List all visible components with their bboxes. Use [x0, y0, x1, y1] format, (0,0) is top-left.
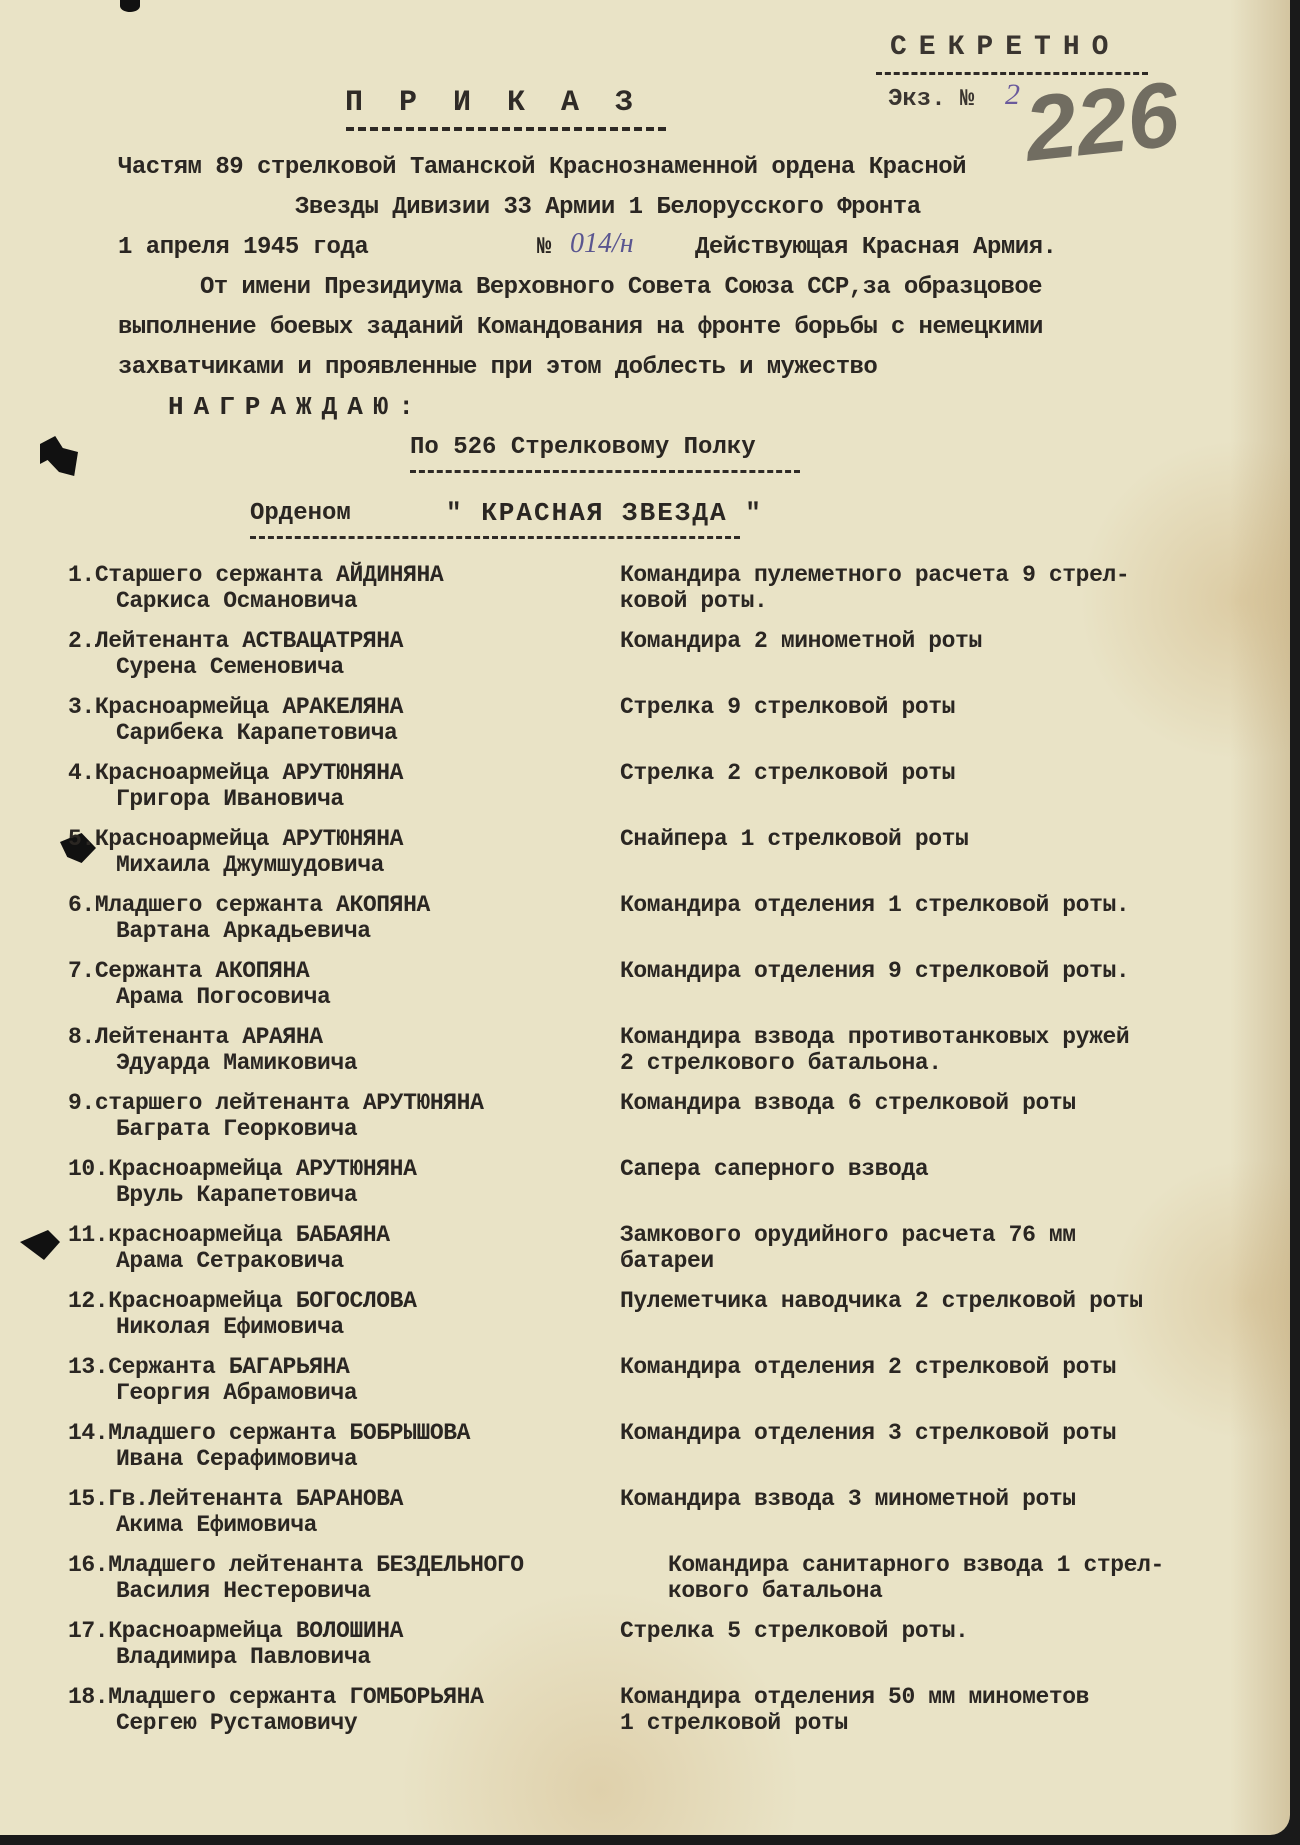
awardee-name-block: 9.старшего лейтенанта АРУТЮНЯНАБаграта Г… [68, 1090, 628, 1142]
awardee-position: Командира взвода 6 стрелковой роты [620, 1090, 1260, 1116]
awardee-rank-surname: Лейтенанта АСТВАЦАТРЯНА [95, 628, 403, 654]
awardee-name-block: 14.Младшего сержанта БОБРЫШОВАИвана Сера… [68, 1420, 628, 1472]
awardee-position: Командира 2 минометной роты [620, 628, 1260, 654]
awardee-given-names: Эдуарда Мамиковича [68, 1050, 628, 1076]
classification-stamp: СЕКРЕТНО [890, 32, 1120, 63]
awardee-rank-surname: Младшего сержанта ГОМБОРЬЯНА [108, 1684, 483, 1710]
awardee-position-line: Командира отделения 50 мм минометов [620, 1684, 1260, 1710]
awardee-position-line: Стрелка 5 стрелковой роты. [620, 1618, 1260, 1644]
awardee-given-names: Григора Ивановича [68, 786, 628, 812]
addressee-line-1: Частям 89 стрелковой Таманской Краснозна… [118, 154, 966, 181]
awardee-given-names: Ивана Серафимовича [68, 1446, 628, 1472]
awardee-position: Сапера саперного взвода [620, 1156, 1260, 1182]
awardee-position: Командира взвода 3 минометной роты [620, 1486, 1260, 1512]
awardee-name-block: 13.Сержанта БАГАРЬЯНАГеоргия Абрамовича [68, 1354, 628, 1406]
preamble-line-3: захватчиками и проявленные при этом добл… [118, 354, 877, 381]
awardee-position-line: Командира пулеметного расчета 9 стрел- [620, 562, 1260, 588]
awardee-position-line: Сапера саперного взвода [620, 1156, 1260, 1182]
awardee-rank-surname: Старшего сержанта АЙДИНЯНА [95, 562, 443, 588]
regiment-underline [410, 470, 800, 473]
awardee-position-line: Снайпера 1 стрелковой роты [620, 826, 1260, 852]
awardee-position-line: Командира отделения 2 стрелковой роты [620, 1354, 1260, 1380]
awardee-position-line: кового батальона [668, 1578, 1300, 1604]
awardee-name-block: 2.Лейтенанта АСТВАЦАТРЯНАСурена Семенови… [68, 628, 628, 680]
awardee-given-names: Владимира Павловича [68, 1644, 628, 1670]
awardee-position-line: Командира санитарного взвода 1 стрел- [668, 1552, 1300, 1578]
awardee-rank-surname: Сержанта БАГАРЬЯНА [108, 1354, 349, 1380]
awardee-name-block: 16.Младшего лейтенанта БЕЗДЕЛЬНОГОВасили… [68, 1552, 628, 1604]
awardee-position: Командира пулеметного расчета 9 стрел-ко… [620, 562, 1260, 614]
awardee-given-names: Василия Нестеровича [68, 1578, 628, 1604]
awardee-name-block: 5.Красноармейца АРУТЮНЯНАМихаила Джумшуд… [68, 826, 628, 878]
document-title: ПРИКАЗ [345, 86, 669, 120]
awardee-rank-surname: Лейтенанта АРАЯНА [95, 1024, 323, 1050]
awardee-number: 15. [68, 1486, 108, 1512]
awardee-name-block: 8.Лейтенанта АРАЯНАЭдуарда Мамиковича [68, 1024, 628, 1076]
awardee-position-line: Замкового орудийного расчета 76 мм [620, 1222, 1260, 1248]
awardee-rank-surname: старшего лейтенанта АРУТЮНЯНА [95, 1090, 484, 1116]
awardee-position-line: Командира взвода противотанковых ружей [620, 1024, 1260, 1050]
awardee-given-names: Николая Ефимовича [68, 1314, 628, 1340]
awardee-rank-surname: Красноармейца АРУТЮНЯНА [108, 1156, 416, 1182]
awardee-name-block: 7.Сержанта АКОПЯНААрама Погосовича [68, 958, 628, 1010]
awardee-rank-surname: Красноармейца АРАКЕЛЯНА [95, 694, 403, 720]
awardee-given-names: Сарибека Карапетовича [68, 720, 628, 746]
awardee-position-line: Стрелка 9 стрелковой роты [620, 694, 1260, 720]
awardee-position-line: Командира отделения 9 стрелковой роты. [620, 958, 1260, 984]
award-label: Орденом [250, 500, 351, 527]
awardee-given-names: Михаила Джумшудовича [68, 852, 628, 878]
awardee-position-line: Командира отделения 1 стрелковой роты. [620, 892, 1260, 918]
awardee-position-line: Командира отделения 3 стрелковой роты [620, 1420, 1260, 1446]
preamble-line-1: От имени Президиума Верховного Совета Со… [200, 274, 1042, 301]
awardee-name-block: 11.красноармейца БАБАЯНААрама Сетракович… [68, 1222, 628, 1274]
awardee-rank-surname: Красноармейца ВОЛОШИНА [108, 1618, 403, 1644]
awardee-position-line: 2 стрелкового батальона. [620, 1050, 1260, 1076]
awardee-rank-surname: Младшего лейтенанта БЕЗДЕЛЬНОГО [108, 1552, 523, 1578]
ink-blot [120, 0, 140, 12]
awardee-position: Командира отделения 1 стрелковой роты. [620, 892, 1260, 918]
copy-number: 2 [1005, 78, 1020, 112]
awardee-number: 4. [68, 760, 95, 786]
awardee-number: 9. [68, 1090, 95, 1116]
awardee-position: Командира отделения 3 стрелковой роты [620, 1420, 1260, 1446]
awardee-name-block: 17.Красноармейца ВОЛОШИНАВладимира Павло… [68, 1618, 628, 1670]
awardee-position-line: ковой роты. [620, 588, 1260, 614]
regiment-heading: По 526 Стрелковому Полку [410, 434, 756, 461]
awardee-number: 11. [68, 1222, 108, 1248]
awardee-rank-surname: Гв.Лейтенанта БАРАНОВА [108, 1486, 403, 1512]
awardee-given-names: Арама Погосовича [68, 984, 628, 1010]
awardee-number: 6. [68, 892, 95, 918]
awardee-position-line: Командира 2 минометной роты [620, 628, 1260, 654]
awardee-position: Командира отделения 50 мм минометов1 стр… [620, 1684, 1260, 1736]
awardee-rank-surname: Красноармейца АРУТЮНЯНА [95, 826, 403, 852]
awardee-given-names: Акима Ефимовича [68, 1512, 628, 1538]
awardee-number: 1. [68, 562, 95, 588]
awardee-number: 13. [68, 1354, 108, 1380]
awardee-number: 3. [68, 694, 95, 720]
title-underline [346, 127, 666, 131]
awardee-position: Командира отделения 2 стрелковой роты [620, 1354, 1260, 1380]
award-name: " КРАСНАЯ ЗВЕЗДА " [446, 498, 763, 528]
awardee-number: 18. [68, 1684, 108, 1710]
awardee-given-names: Сурена Семеновича [68, 654, 628, 680]
awardee-position-line: батареи [620, 1248, 1260, 1274]
awardee-name-block: 15.Гв.Лейтенанта БАРАНОВААкима Ефимовича [68, 1486, 628, 1538]
awardee-name-block: 6.Младшего сержанта АКОПЯНАВартана Аркад… [68, 892, 628, 944]
addressee-line-2: Звезды Дивизии 33 Армии 1 Белорусского Ф… [295, 194, 921, 221]
order-date: 1 апреля 1945 года [118, 234, 368, 261]
awardee-position: Замкового орудийного расчета 76 ммбатаре… [620, 1222, 1260, 1274]
awardee-given-names: Георгия Абрамовича [68, 1380, 628, 1406]
awardee-rank-surname: Красноармейца БОГОСЛОВА [108, 1288, 416, 1314]
awardee-position: Пулеметчика наводчика 2 стрелковой роты [620, 1288, 1260, 1314]
awardee-number: 2. [68, 628, 95, 654]
punch-hole [40, 436, 78, 476]
awardee-number: 14. [68, 1420, 108, 1446]
awardee-position: Стрелка 9 стрелковой роты [620, 694, 1260, 720]
order-location: Действующая Красная Армия. [695, 234, 1056, 261]
document-page: СЕКРЕТНО Экз. № 2 226 ПРИКАЗ Частям 89 с… [0, 0, 1290, 1835]
awardee-rank-surname: Сержанта АКОПЯНА [95, 958, 309, 984]
preamble-line-2: выполнение боевых заданий Командования н… [118, 314, 1043, 341]
awardee-position: Снайпера 1 стрелковой роты [620, 826, 1260, 852]
awardee-name-block: 4.Красноармейца АРУТЮНЯНАГригора Иванови… [68, 760, 628, 812]
awardee-position: Командира взвода противотанковых ружей2 … [620, 1024, 1260, 1076]
awardee-given-names: Саркиса Османовича [68, 588, 628, 614]
copy-label: Экз. № [888, 86, 974, 113]
order-number-label: № [537, 234, 551, 261]
awardee-position-line: Пулеметчика наводчика 2 стрелковой роты [620, 1288, 1260, 1314]
award-underline [250, 536, 740, 539]
awardee-rank-surname: красноармейца БАБАЯНА [108, 1222, 389, 1248]
awardee-number: 7. [68, 958, 95, 984]
awardee-number: 17. [68, 1618, 108, 1644]
archive-number: 226 [1020, 62, 1184, 182]
awardee-name-block: 12.Красноармейца БОГОСЛОВАНиколая Ефимов… [68, 1288, 628, 1340]
awardee-position-line: Командира взвода 3 минометной роты [620, 1486, 1260, 1512]
awardee-position-line: Стрелка 2 стрелковой роты [620, 760, 1260, 786]
award-verb: НАГРАЖДАЮ: [168, 392, 424, 422]
awardee-given-names: Вруль Карапетовича [68, 1182, 628, 1208]
awardee-position: Стрелка 5 стрелковой роты. [620, 1618, 1260, 1644]
awardee-name-block: 3.Красноармейца АРАКЕЛЯНАСарибека Карапе… [68, 694, 628, 746]
awardee-position: Командира отделения 9 стрелковой роты. [620, 958, 1260, 984]
awardee-given-names: Сергею Рустамовичу [68, 1710, 628, 1736]
awardee-given-names: Баграта Георковича [68, 1116, 628, 1142]
awardee-name-block: 18.Младшего сержанта ГОМБОРЬЯНАСергею Ру… [68, 1684, 628, 1736]
awardee-rank-surname: Красноармейца АРУТЮНЯНА [95, 760, 403, 786]
awardee-rank-surname: Младшего сержанта АКОПЯНА [95, 892, 430, 918]
awardee-number: 16. [68, 1552, 108, 1578]
awardee-number: 12. [68, 1288, 108, 1314]
awardee-number: 8. [68, 1024, 95, 1050]
awardee-name-block: 10.Красноармейца АРУТЮНЯНАВруль Карапето… [68, 1156, 628, 1208]
awardee-number: 10. [68, 1156, 108, 1182]
order-number: 014/н [570, 228, 634, 260]
awardee-rank-surname: Младшего сержанта БОБРЫШОВА [108, 1420, 470, 1446]
awardee-given-names: Вартана Аркадьевича [68, 918, 628, 944]
awardee-number: 5. [68, 826, 95, 852]
awardee-position-line: 1 стрелковой роты [620, 1710, 1260, 1736]
awardee-position: Стрелка 2 стрелковой роты [620, 760, 1260, 786]
awardee-given-names: Арама Сетраковича [68, 1248, 628, 1274]
awardee-position: Командира санитарного взвода 1 стрел-ков… [668, 1552, 1300, 1604]
awardee-name-block: 1.Старшего сержанта АЙДИНЯНАСаркиса Осма… [68, 562, 628, 614]
ink-blot [20, 1230, 60, 1260]
awardee-position-line: Командира взвода 6 стрелковой роты [620, 1090, 1260, 1116]
